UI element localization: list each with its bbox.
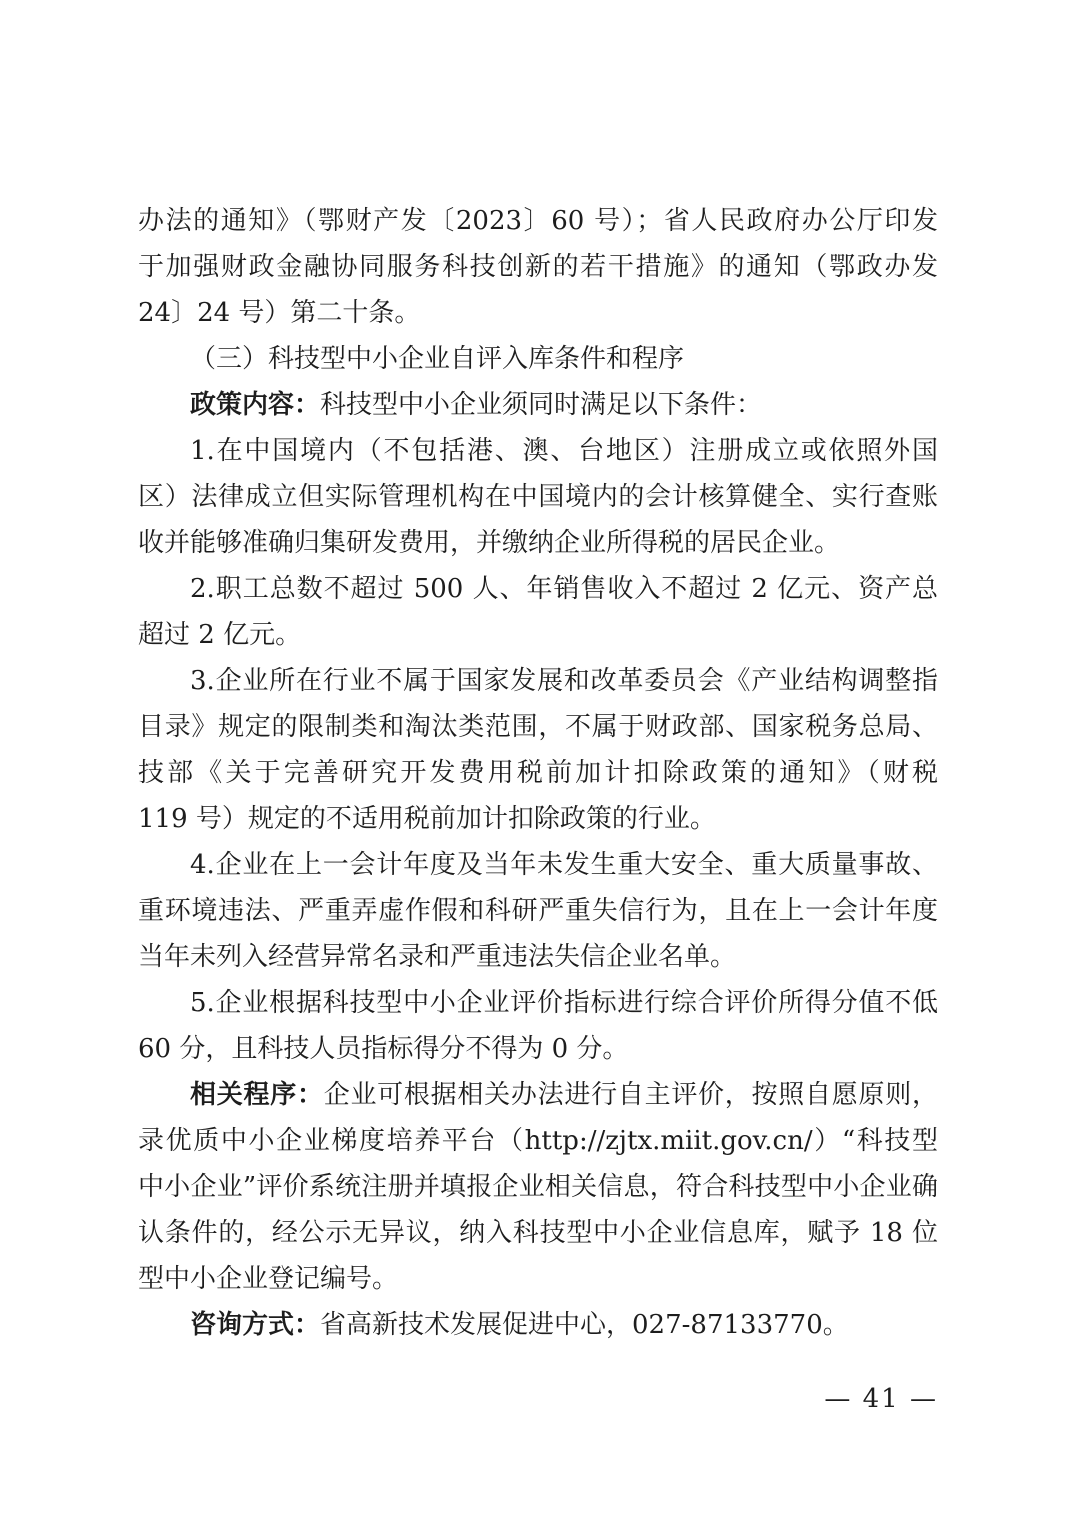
line-text: 科技型中小企业须同时满足以下条件：: [320, 390, 762, 420]
text-line: 1.在中国境内（不包括港、澳、台地区）注册成立或依照外国（地: [138, 428, 938, 474]
text-line: 政策内容：科技型中小企业须同时满足以下条件：: [138, 382, 938, 428]
text-line: 咨询方式：省高新技术发展促进中心，027-87133770。: [138, 1302, 938, 1348]
text-line: 型中小企业登记编号。: [138, 1256, 938, 1302]
text-line: 办法的通知》（鄂财产发〔2023〕60 号）；省人民政府办公厅印发《关: [138, 198, 938, 244]
text-line: 收并能够准确归集研发费用，并缴纳企业所得税的居民企业。: [138, 520, 938, 566]
text-line: 4.企业在上一会计年度及当年未发生重大安全、重大质量事故、严: [138, 842, 938, 888]
text-line: 相关程序：企业可根据相关办法进行自主评价，按照自愿原则，登: [138, 1072, 938, 1118]
bold-label: 咨询方式：: [190, 1310, 320, 1340]
text-line: 中小企业”评价系统注册并填报企业相关信息，符合科技型中小企业确: [138, 1164, 938, 1210]
text-line: 目录》规定的限制类和淘汰类范围，不属于财政部、国家税务总局、科: [138, 704, 938, 750]
document-page: 办法的通知》（鄂财产发〔2023〕60 号）；省人民政府办公厅印发《关于加强财政…: [0, 0, 1074, 1520]
text-line: 24〕24 号）第二十条。: [138, 290, 938, 336]
bold-label: 相关程序：: [190, 1080, 324, 1110]
text-line: 119 号）规定的不适用税前加计扣除政策的行业。: [138, 796, 938, 842]
text-line: 技部《关于完善研究开发费用税前加计扣除政策的通知》（财税〔2015〕: [138, 750, 938, 796]
text-line: 3.企业所在行业不属于国家发展和改革委员会《产业结构调整指导: [138, 658, 938, 704]
text-line: 区）法律成立但实际管理机构在中国境内的会计核算健全、实行查账征: [138, 474, 938, 520]
text-line: 60 分，且科技人员指标得分不得为 0 分。: [138, 1026, 938, 1072]
text-line: 重环境违法、严重弄虚作假和科研严重失信行为，且在上一会计年度及: [138, 888, 938, 934]
text-block: 办法的通知》（鄂财产发〔2023〕60 号）；省人民政府办公厅印发《关于加强财政…: [138, 198, 938, 1348]
text-line: 录优质中小企业梯度培养平台（http://zjtx.miit.gov.cn/）“…: [138, 1118, 938, 1164]
bold-label: 政策内容：: [190, 390, 320, 420]
section-heading: （三）科技型中小企业自评入库条件和程序: [138, 336, 938, 382]
text-line: 2.职工总数不超过 500 人、年销售收入不超过 2 亿元、资产总额不: [138, 566, 938, 612]
text-line: 认条件的，经公示无异议，纳入科技型中小企业信息库，赋予 18 位科技: [138, 1210, 938, 1256]
text-line: 于加强财政金融协同服务科技创新的若干措施》的通知（鄂政办发〔20: [138, 244, 938, 290]
text-line: 超过 2 亿元。: [138, 612, 938, 658]
page-number-footer: — 41 —: [138, 1384, 938, 1414]
line-text: 省高新技术发展促进中心，027-87133770。: [320, 1310, 849, 1340]
text-line: 当年未列入经营异常名录和严重违法失信企业名单。: [138, 934, 938, 980]
text-line: 5.企业根据科技型中小企业评价指标进行综合评价所得分值不低于: [138, 980, 938, 1026]
